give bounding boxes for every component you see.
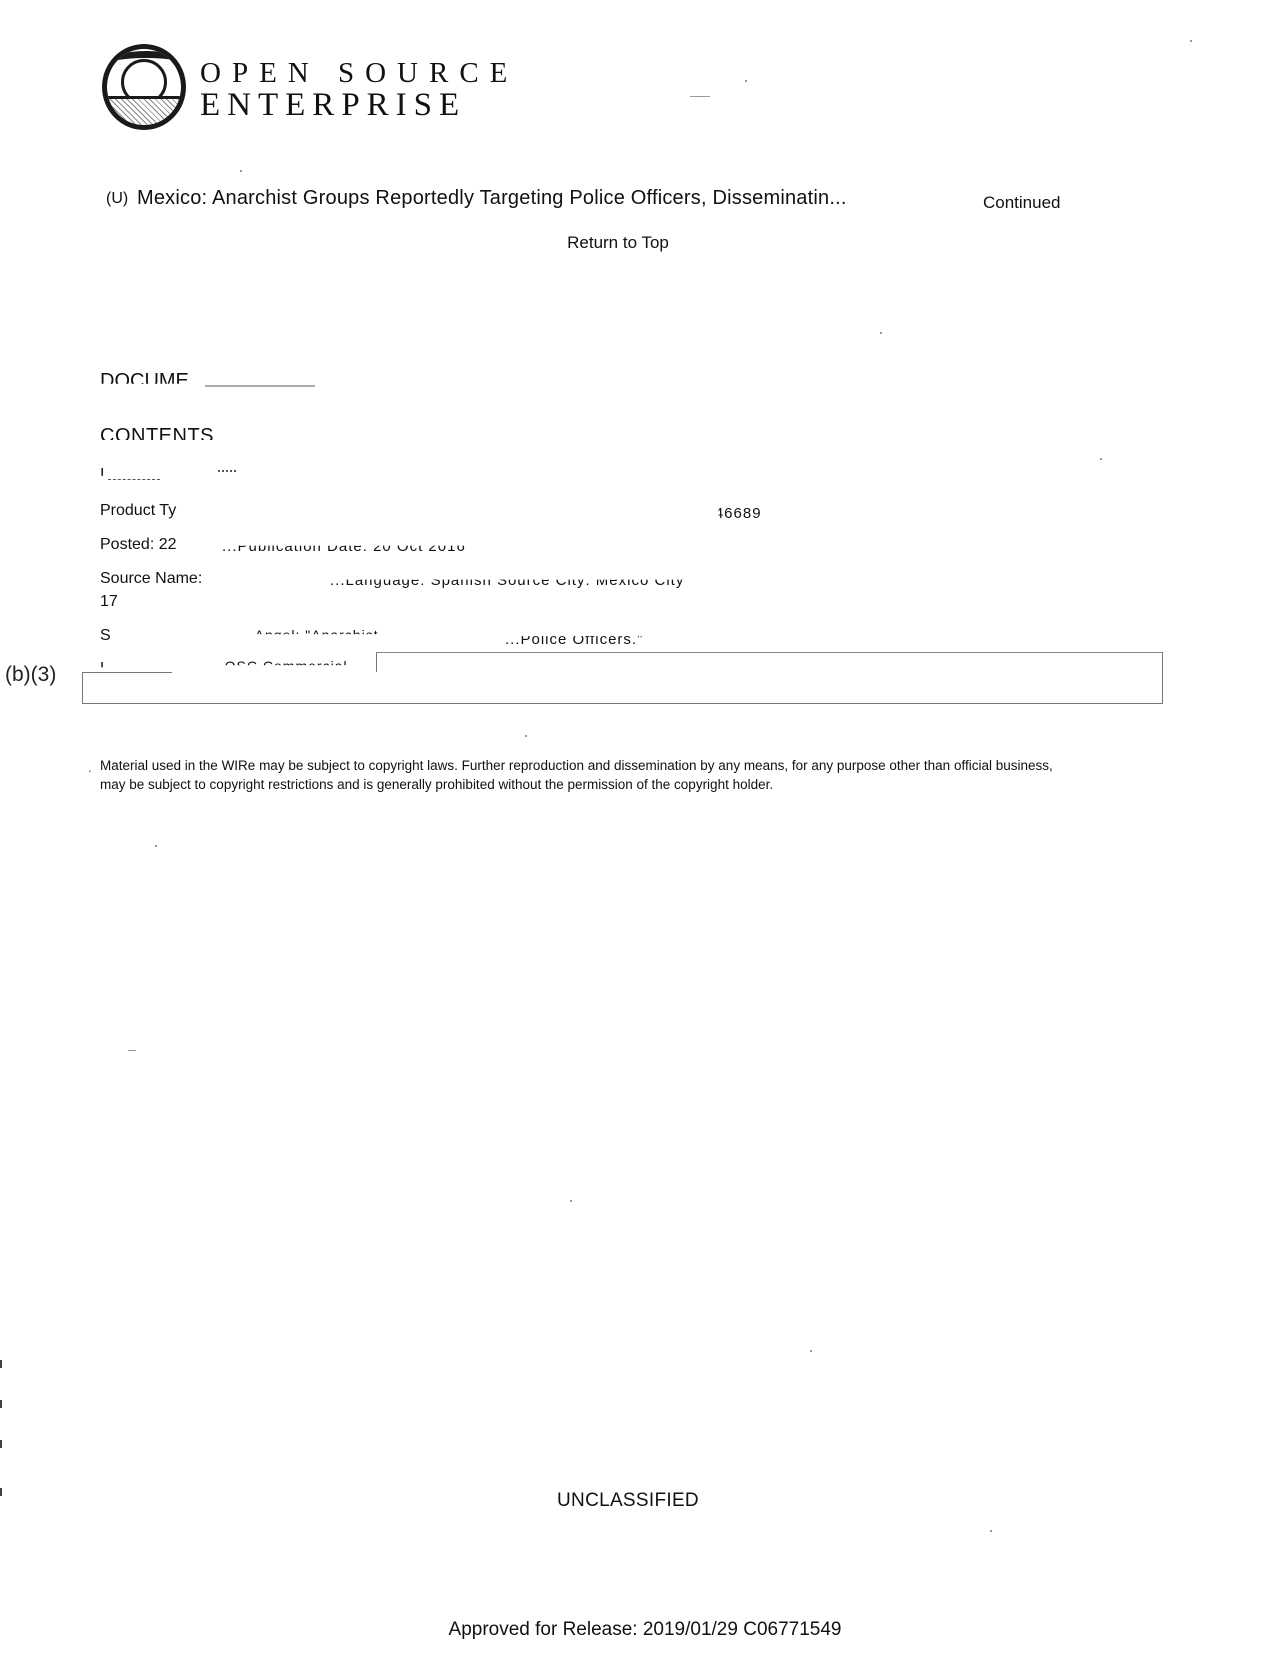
bullet-dot: . — [88, 760, 92, 775]
row-label: S — [100, 627, 111, 644]
row-continuation: 17 — [100, 593, 118, 610]
scan-speck — [128, 1050, 136, 1051]
scan-speck — [1190, 40, 1192, 42]
detail-row-partial: I — [100, 466, 104, 484]
section-heading-text: DOCUME — [100, 370, 189, 392]
product-number-fragment: ...246689 — [690, 505, 762, 522]
redaction-remnant — [205, 385, 315, 387]
release-stamp: Approved for Release: 2019/01/29 C067715… — [0, 1619, 1276, 1641]
logo-text-line1: OPEN SOURCE — [200, 58, 518, 88]
redaction-box-edge — [82, 672, 172, 673]
scan-speck — [570, 1200, 572, 1202]
redaction-exemption-code: (b)(3) — [5, 663, 56, 687]
scan-edge-mark — [0, 1488, 2, 1496]
document-title: Mexico: Anarchist Groups Reportedly Targ… — [137, 187, 847, 210]
contents-heading-text: CONTENTS — [100, 425, 214, 447]
row-label: Source Name: — [100, 570, 202, 587]
row-fragment: ...246689 — [690, 505, 762, 522]
classification-footer: UNCLASSIFIED — [0, 1490, 1256, 1512]
row-label: Posted: 22 — [100, 536, 177, 553]
scan-speck — [155, 845, 157, 847]
scan-edge-mark — [0, 1360, 2, 1368]
scan-speck — [240, 170, 242, 172]
return-to-top-link[interactable]: Return to Top — [0, 233, 1236, 253]
redaction-box-edge — [376, 652, 1163, 653]
row-fragment: ...Police Officers." — [505, 631, 643, 648]
scan-speck — [1100, 458, 1102, 460]
detail-row-product-type: Product Ty — [100, 502, 176, 520]
row-fragment: ...Publication Date: 20 Oct 2016 — [222, 538, 466, 555]
scan-edge-mark — [0, 1400, 2, 1408]
logo-text-line2: ENTERPRISE — [200, 88, 466, 122]
row-label: I — [100, 466, 104, 483]
scan-speck — [810, 1350, 812, 1352]
row-label: Product Ty — [100, 502, 176, 519]
detail-row-source-name: Source Name: — [100, 570, 202, 588]
scan-speck — [745, 80, 747, 82]
return-to-top-text[interactable]: Return to Top — [567, 233, 669, 252]
redaction-remnant — [218, 470, 236, 474]
redaction-box-lower — [82, 672, 1163, 704]
logo-seal-icon — [102, 44, 186, 130]
classification-marking: (U) — [106, 190, 128, 208]
scan-speck — [690, 96, 710, 97]
row-fragment: ...Language: Spanish Source City: Mexico… — [330, 572, 684, 589]
scan-speck — [990, 1530, 992, 1532]
row-fragment: ...Angel: "Anarchist... — [240, 627, 393, 643]
source-name-continuation: 17 — [100, 593, 118, 611]
redaction-box-edge — [376, 652, 377, 672]
redaction-remnant — [108, 479, 160, 481]
source-details-fragment: ...Language: Spanish Source City: Mexico… — [330, 572, 684, 589]
subject-fragment: ...Angel: "Anarchist... — [240, 627, 393, 643]
scan-speck — [525, 735, 527, 737]
continued-label: Continued — [983, 193, 1061, 213]
copyright-notice-line2: may be subject to copyright restrictions… — [100, 777, 773, 792]
subject-tail-fragment: ...Police Officers." — [505, 631, 643, 648]
detail-row-subject: S — [100, 627, 111, 645]
scan-speck — [880, 332, 882, 334]
scan-edge-mark — [0, 1440, 2, 1448]
publication-date-fragment: ...Publication Date: 20 Oct 2016 — [222, 538, 466, 555]
section-heading-document: DOCUME — [100, 370, 189, 393]
redaction-box-edge — [1162, 652, 1163, 672]
copyright-notice-line1: Material used in the WIRe may be subject… — [100, 758, 1053, 773]
detail-row-posted: Posted: 22 — [100, 536, 177, 554]
section-heading-contents: CONTENTS — [100, 425, 214, 448]
